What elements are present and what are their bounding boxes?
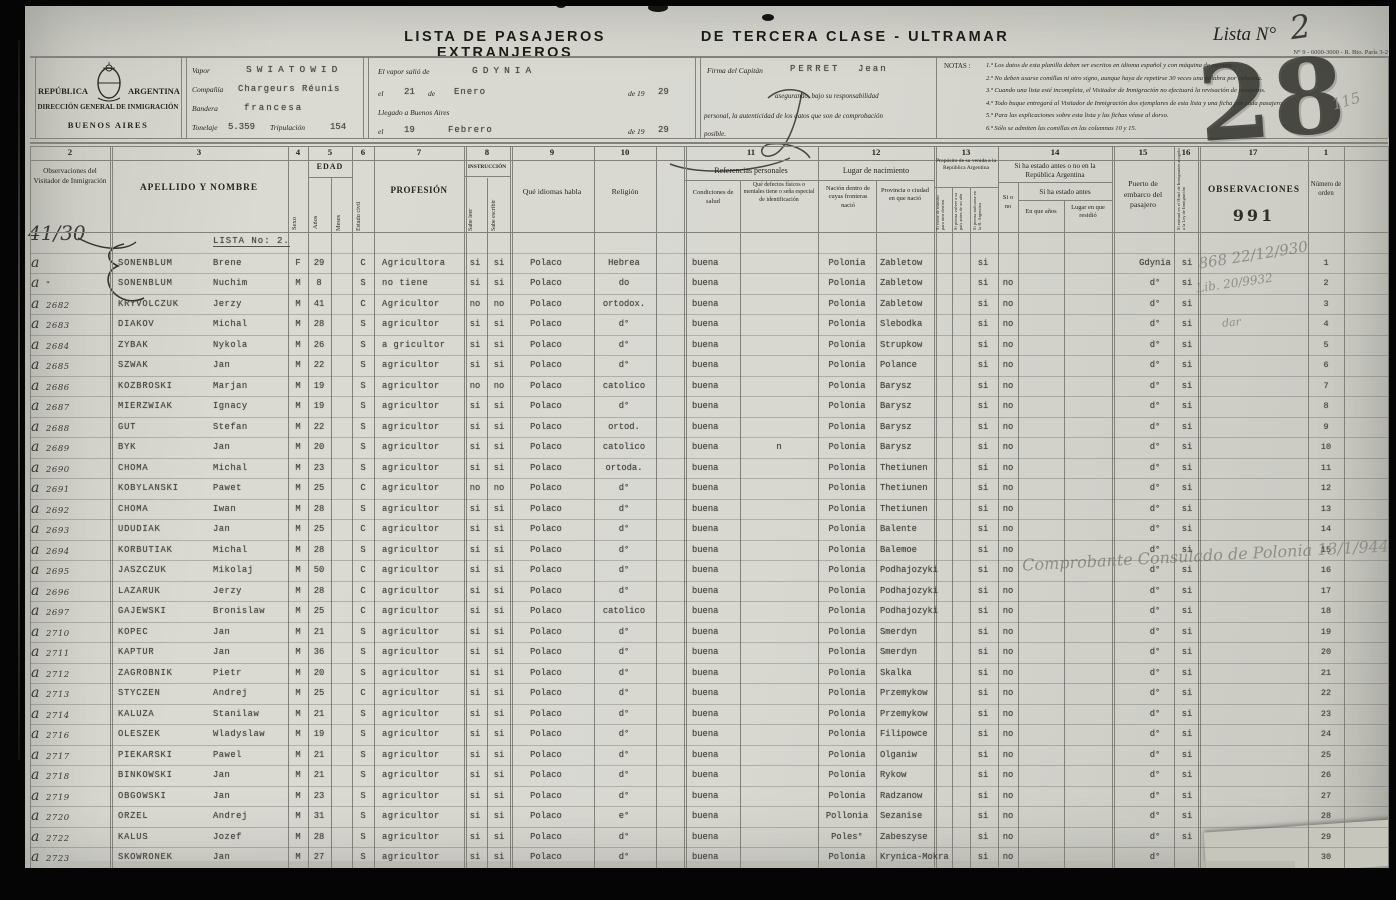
- cell-civil: S: [352, 340, 374, 350]
- cell-sex: M: [288, 586, 308, 596]
- cell-margin-number: 2687: [46, 403, 70, 413]
- llegada-label: Llegado a Buenos Aires: [378, 108, 449, 117]
- cell-profession: Agricultor: [382, 299, 440, 309]
- capitan-apellido: PERRET: [790, 64, 840, 74]
- cell-age: 28: [306, 832, 332, 842]
- cell-margin-letter: a: [31, 829, 39, 845]
- cell-province: Rykow: [880, 770, 906, 780]
- cell-province: Podhajozyki: [880, 565, 938, 575]
- table-row-line: [30, 663, 1388, 664]
- cell-been-before: no: [996, 381, 1020, 391]
- cell-language: Polaco: [508, 647, 584, 657]
- cell-civil: C: [352, 483, 374, 493]
- cell-nation: Polonia: [816, 647, 878, 657]
- table-row-line: [30, 601, 1388, 602]
- cell-surname: GUT: [118, 422, 136, 432]
- cell-language: Polaco: [508, 729, 584, 739]
- table-top-line: [30, 142, 1388, 144]
- cell-surname: SKOWRONEK: [118, 852, 173, 862]
- cell-civil: S: [352, 278, 374, 288]
- cell-language: Polaco: [508, 463, 584, 473]
- cell-religion: d°: [592, 586, 656, 596]
- cell-religion: d°: [592, 709, 656, 719]
- cell-health: buena: [692, 483, 718, 493]
- cell-nation: Polonia: [816, 606, 878, 616]
- table-row-line: [30, 355, 1388, 356]
- cell-settle-intent: si: [968, 688, 998, 698]
- table-group-underline: [998, 182, 1112, 183]
- cell-province: Balente: [880, 524, 917, 534]
- header-meses-rotated: Meses: [336, 189, 354, 231]
- cell-been-before: no: [996, 647, 1020, 657]
- page-stack-edge: [55, 861, 1295, 868]
- cell-province: Smerdyn: [880, 647, 917, 657]
- header-observaciones: OBSERVACIONES: [1200, 185, 1308, 196]
- cell-reads: si: [462, 750, 488, 760]
- cell-settle-intent: si: [968, 565, 998, 575]
- cell-religion: d°: [592, 565, 656, 575]
- issuer-ciudad: BUENOS AIRES: [37, 120, 179, 130]
- cell-religion: d°: [592, 504, 656, 514]
- header-estuvo: Si ha estado antes o no en la República …: [1000, 162, 1110, 180]
- column-number: 13: [934, 147, 998, 157]
- cell-order-number: 15: [1306, 545, 1346, 555]
- cell-order-number: 23: [1306, 709, 1346, 719]
- cell-age: 41: [306, 299, 332, 309]
- cell-age: 20: [306, 668, 332, 678]
- cell-age: 22: [306, 422, 332, 432]
- cell-settle-intent: si: [968, 504, 998, 514]
- cell-profession: agricultor: [382, 565, 440, 575]
- firma-texto-3: posible.: [704, 130, 726, 138]
- cell-order-number: 16: [1306, 565, 1346, 575]
- cell-age: 19: [306, 729, 332, 739]
- cell-hotel-inmigrantes: si: [1174, 565, 1200, 575]
- cell-margin-letter: a: [31, 726, 39, 742]
- cell-health: buena: [692, 565, 718, 575]
- header-defectos: Qué defectos físicos o mentales tiene o …: [742, 182, 816, 204]
- compania-label: Compañía: [192, 85, 223, 94]
- cell-given-name: Jan: [213, 360, 230, 370]
- header-divider: [363, 56, 364, 138]
- cell-been-before: no: [996, 442, 1020, 452]
- cell-profession: agricultor: [382, 770, 440, 780]
- table-group-underline: [308, 177, 352, 178]
- cell-health: buena: [692, 463, 718, 473]
- puerto-salida-value: GDYNIA: [472, 65, 536, 76]
- header-divider: [186, 56, 187, 138]
- cell-age: 25: [306, 606, 332, 616]
- cell-order-number: 28: [1306, 811, 1346, 821]
- cell-surname: KAPTUR: [118, 647, 154, 657]
- cell-nation: Polonia: [816, 709, 878, 719]
- header-prop1-rotated: Si viene de tránsito para otro destino: [936, 188, 954, 230]
- cell-profession: agricultor: [382, 483, 440, 493]
- cell-religion: d°: [592, 360, 656, 370]
- cell-order-number: 18: [1306, 606, 1346, 616]
- cell-nation: Polonia: [816, 360, 878, 370]
- cell-given-name: Michal: [213, 319, 248, 329]
- cell-religion: d°: [592, 750, 656, 760]
- cell-given-name: Wladyslaw: [213, 729, 265, 739]
- cell-given-name: Michal: [213, 463, 248, 473]
- cell-sex: M: [288, 791, 308, 801]
- cell-surname: JASZCZUK: [118, 565, 167, 575]
- cell-margin-number: 2718: [46, 772, 70, 782]
- cell-margin-letter: a: [31, 808, 39, 824]
- cell-civil: S: [352, 627, 374, 637]
- cell-sex: M: [288, 319, 308, 329]
- table-column-line: [1114, 146, 1115, 868]
- cell-province: Zabletow: [880, 299, 922, 309]
- cell-surname: ZAGROBNIK: [118, 668, 173, 678]
- cell-civil: C: [352, 258, 374, 268]
- cell-margin-number: 2722: [46, 834, 70, 844]
- cell-order-number: 5: [1306, 340, 1346, 350]
- cell-margin-number: 2711: [46, 649, 70, 659]
- cell-margin-letter: a: [31, 275, 39, 291]
- cell-province: Thetiunen: [880, 504, 928, 514]
- cell-language: Polaco: [508, 360, 584, 370]
- cell-given-name: Stanilaw: [213, 709, 259, 719]
- cell-settle-intent: si: [968, 422, 998, 432]
- cell-margin-letter: a: [31, 296, 39, 312]
- table-column-line: [686, 146, 687, 868]
- cell-religion: catolico: [592, 442, 656, 452]
- cell-nation: Polonia: [816, 278, 878, 288]
- cell-hotel-inmigrantes: si: [1174, 668, 1200, 678]
- cell-settle-intent: si: [968, 606, 998, 616]
- cell-health: buena: [692, 750, 718, 760]
- cell-language: Polaco: [508, 811, 584, 821]
- cell-surname: KRYVOLCZUK: [118, 299, 179, 309]
- cell-profession: agricultor: [382, 688, 440, 698]
- header-edad: EDAD: [308, 162, 352, 172]
- cell-nation: Polonia: [816, 729, 878, 739]
- cell-civil: S: [352, 360, 374, 370]
- table-row-line: [30, 827, 1388, 828]
- header-salud: Condiciones de salud: [688, 189, 738, 206]
- cell-settle-intent: si: [968, 258, 998, 268]
- cell-health: buena: [692, 627, 718, 637]
- cell-order-number: 8: [1306, 401, 1346, 411]
- cell-given-name: Andrej: [213, 811, 248, 821]
- cell-religion: d°: [592, 832, 656, 842]
- cell-surname: LAZARUK: [118, 586, 161, 596]
- cell-order-number: 30: [1306, 852, 1346, 862]
- cell-province: Barysz: [880, 442, 912, 452]
- cell-nation: Polonia: [816, 299, 878, 309]
- cell-health: buena: [692, 360, 718, 370]
- cell-given-name: Jan: [213, 647, 230, 657]
- cell-health: buena: [692, 340, 718, 350]
- cell-age: 31: [306, 811, 332, 821]
- cell-settle-intent: si: [968, 729, 998, 739]
- cell-margin-number: 2716: [46, 731, 70, 741]
- firma-label: Firma del Capitán: [707, 66, 763, 75]
- cell-margin-number: 2694: [46, 547, 70, 557]
- cell-religion: d°: [592, 852, 656, 862]
- cell-sex: M: [288, 668, 308, 678]
- header-prop3-rotated: Si piensa radicarse en la R. Argentina: [973, 188, 991, 230]
- cell-settle-intent: si: [968, 524, 998, 534]
- cell-province: Podhajozyki: [880, 586, 938, 596]
- cell-province: Thetiunen: [880, 483, 928, 493]
- cell-health: buena: [692, 688, 718, 698]
- cell-health: buena: [692, 545, 718, 555]
- table-row-line: [30, 745, 1388, 746]
- cell-civil: S: [352, 709, 374, 719]
- cell-been-before: no: [996, 504, 1020, 514]
- cell-settle-intent: si: [968, 360, 998, 370]
- cell-reads: si: [462, 340, 488, 350]
- cell-language: Polaco: [508, 791, 584, 801]
- cell-margin-letter: a: [31, 398, 39, 414]
- header-puerto: Puerto de embarco del pasajero: [1114, 179, 1172, 211]
- cell-language: Polaco: [508, 381, 584, 391]
- cell-nation: Polonia: [816, 463, 878, 473]
- cell-province: Krynica-Mokra: [880, 852, 949, 862]
- cell-nation: Polonia: [816, 483, 878, 493]
- column-number: 3: [110, 147, 288, 157]
- cell-language: Polaco: [508, 299, 584, 309]
- photo-top-edge: [25, 0, 1396, 6]
- capitan-nombre: Jean: [858, 64, 888, 74]
- cell-language: Polaco: [508, 340, 584, 350]
- cell-surname: BYK: [118, 442, 136, 452]
- cell-health: buena: [692, 709, 718, 719]
- cell-reads: si: [462, 647, 488, 657]
- cell-province: Przemykow: [880, 688, 928, 698]
- cell-been-before: no: [996, 750, 1020, 760]
- cell-profession: agricultor: [382, 729, 440, 739]
- cell-surname: CHOMA: [118, 504, 148, 514]
- cell-margin-letter: a: [31, 706, 39, 722]
- table-row-line: [30, 786, 1388, 787]
- cell-margin-letter: a: [31, 460, 39, 476]
- cell-language: Polaco: [508, 319, 584, 329]
- cell-settle-intent: si: [968, 319, 998, 329]
- cell-province: Zabletow: [880, 278, 922, 288]
- cell-hotel-inmigrantes: si: [1174, 483, 1200, 493]
- table-row-line: [30, 294, 1388, 295]
- cell-margin-letter: a: [31, 357, 39, 373]
- cell-sex: M: [288, 442, 308, 452]
- cell-reads: si: [462, 360, 488, 370]
- cell-language: Polaco: [508, 750, 584, 760]
- table-row-line: [30, 273, 1388, 274]
- cell-nation: Polonia: [816, 258, 878, 268]
- cell-province: Zabletow: [880, 258, 922, 268]
- cell-nation: Polonia: [816, 668, 878, 678]
- cell-nation: Poles°: [816, 832, 878, 842]
- cell-sex: M: [288, 504, 308, 514]
- firma-texto-1: asegurando, bajo su responsabilidad: [775, 92, 879, 100]
- cell-given-name: Pawet: [213, 483, 242, 493]
- cell-margin-number: 2710: [46, 629, 70, 639]
- cell-order-number: 26: [1306, 770, 1346, 780]
- cell-order-number: 27: [1306, 791, 1346, 801]
- cell-reads: si: [462, 545, 488, 555]
- table-row-line: [30, 499, 1388, 500]
- cell-sex: M: [288, 360, 308, 370]
- cell-margin-number: 2712: [46, 670, 70, 680]
- table-row-line: [30, 560, 1388, 561]
- cell-civil: S: [352, 319, 374, 329]
- cell-margin-number: 2690: [46, 465, 70, 475]
- cell-age: 23: [306, 791, 332, 801]
- cell-been-before: no: [996, 319, 1020, 329]
- header-instruccion: INSTRUCCIÓN: [463, 164, 511, 170]
- cell-been-before: no: [996, 299, 1020, 309]
- cell-surname: SZWAK: [118, 360, 148, 370]
- cell-nation: Polonia: [816, 442, 878, 452]
- cell-nation: Polonia: [816, 381, 878, 391]
- table-row-line: [30, 376, 1388, 377]
- cell-profession: agricultor: [382, 606, 440, 616]
- cell-settle-intent: si: [968, 770, 998, 780]
- header-profesion: PROFESIÓN: [376, 185, 462, 196]
- cell-religion: catolico: [592, 606, 656, 616]
- header-divider: [35, 56, 36, 138]
- cell-order-number: 25: [1306, 750, 1346, 760]
- cell-sex: M: [288, 401, 308, 411]
- table-row-line: [30, 704, 1388, 705]
- cell-profession: agricultor: [382, 586, 440, 596]
- cell-been-before: no: [996, 524, 1020, 534]
- cell-settle-intent: si: [968, 647, 998, 657]
- cell-profession: agricultor: [382, 360, 440, 370]
- cell-margin-letter: a: [31, 788, 39, 804]
- cell-given-name: Pietr: [213, 668, 242, 678]
- cell-margin-number: ": [46, 280, 50, 290]
- cell-health: buena: [692, 832, 718, 842]
- cell-settle-intent: si: [968, 627, 998, 637]
- table-row-line: [30, 437, 1388, 438]
- cell-settle-intent: si: [968, 750, 998, 760]
- cell-age: 26: [306, 340, 332, 350]
- de19-salida-label: de 19: [628, 89, 644, 98]
- cell-sex: M: [288, 688, 308, 698]
- cell-margin-number: 2683: [46, 321, 70, 331]
- binding-page-edge: [18, 40, 20, 760]
- cell-hotel-inmigrantes: si: [1174, 360, 1200, 370]
- cell-given-name: Jan: [213, 524, 230, 534]
- cell-religion: ortod.: [592, 422, 656, 432]
- cell-order-number: 3: [1306, 299, 1346, 309]
- cell-been-before: no: [996, 709, 1020, 719]
- header-nacimiento: Lugar de nacimiento: [818, 166, 934, 176]
- cell-order-number: 2: [1306, 278, 1346, 288]
- cell-given-name: Jozef: [213, 832, 242, 842]
- cell-settle-intent: si: [968, 483, 998, 493]
- tonelaje-value: 5.359: [228, 122, 255, 132]
- table-column-line: [1112, 146, 1113, 868]
- cell-nation: Polonia: [816, 422, 878, 432]
- header-estado-rotated: Estado civil: [356, 185, 374, 231]
- cell-profession: Agricultora: [382, 258, 446, 268]
- cell-age: 25: [306, 483, 332, 493]
- cell-sex: M: [288, 770, 308, 780]
- table-row-line: [30, 724, 1388, 725]
- cell-been-before: no: [996, 852, 1020, 862]
- cell-language: Polaco: [508, 442, 584, 452]
- cell-religion: catolico: [592, 381, 656, 391]
- cell-language: Polaco: [508, 401, 584, 411]
- cell-margin-letter: a: [31, 644, 39, 660]
- cell-settle-intent: si: [968, 709, 998, 719]
- cell-margin-number: 2684: [46, 342, 70, 352]
- cell-civil: S: [352, 770, 374, 780]
- cell-surname: OLESZEK: [118, 729, 161, 739]
- cell-given-name: Ignacy: [213, 401, 248, 411]
- header-divider: [695, 56, 696, 138]
- cell-province: Barysz: [880, 422, 912, 432]
- cell-age: 21: [306, 750, 332, 760]
- cell-profession: agricultor: [382, 852, 440, 862]
- cell-province: Barysz: [880, 401, 912, 411]
- bandera-label: Bandera: [192, 104, 218, 113]
- cell-been-before: no: [996, 278, 1020, 288]
- cell-hotel-inmigrantes: si: [1174, 627, 1200, 637]
- cell-language: Polaco: [508, 545, 584, 555]
- dia-llegada-value: 19: [404, 125, 415, 135]
- cell-been-before: no: [996, 483, 1020, 493]
- cell-civil: C: [352, 586, 374, 596]
- cell-reads: si: [462, 565, 488, 575]
- cell-civil: S: [352, 729, 374, 739]
- header-anos-rotated: Años: [313, 191, 331, 229]
- cell-nation: Polonia: [816, 586, 878, 596]
- cell-sex: M: [288, 381, 308, 391]
- cell-hotel-inmigrantes: si: [1174, 729, 1200, 739]
- cell-age: 21: [306, 709, 332, 719]
- cell-reads: si: [462, 606, 488, 616]
- cell-surname: BINKOWSKI: [118, 770, 173, 780]
- cell-been-before: no: [996, 463, 1020, 473]
- cell-nation: Polonia: [816, 401, 878, 411]
- cell-been-before: no: [996, 586, 1020, 596]
- cell-civil: S: [352, 463, 374, 473]
- cell-sex: M: [288, 811, 308, 821]
- scanned-passenger-list-photo: LISTA DE PASAJEROS EXTRANJEROS DE TERCER…: [0, 0, 1396, 900]
- cell-been-before: no: [996, 422, 1020, 432]
- cell-margin-number: 2691: [46, 485, 70, 495]
- cell-order-number: 12: [1306, 483, 1346, 493]
- cell-margin-letter: a: [31, 255, 39, 271]
- cell-been-before: no: [996, 360, 1020, 370]
- cell-sex: M: [288, 832, 308, 842]
- cell-sex: M: [288, 545, 308, 555]
- cell-religion: ortodox.: [592, 299, 656, 309]
- cell-nation: Polonia: [816, 791, 878, 801]
- cell-reads: si: [462, 422, 488, 432]
- table-row-line: [30, 642, 1388, 643]
- header-sexo-rotated: Sexo: [291, 188, 309, 230]
- cell-nation: Polonia: [816, 852, 878, 862]
- cell-settle-intent: si: [968, 381, 998, 391]
- cell-civil: S: [352, 401, 374, 411]
- header-divider: [368, 56, 369, 138]
- header-lugar: Lugar en que residió: [1065, 204, 1111, 220]
- table-column-line: [934, 146, 935, 868]
- cell-margin-letter: a: [31, 337, 39, 353]
- header-enque: En que años: [1019, 208, 1063, 216]
- cell-province: Podhajozyki: [880, 606, 938, 616]
- table-row-line: [30, 417, 1388, 418]
- cell-order-number: 21: [1306, 668, 1346, 678]
- cell-surname: DIAKOV: [118, 319, 154, 329]
